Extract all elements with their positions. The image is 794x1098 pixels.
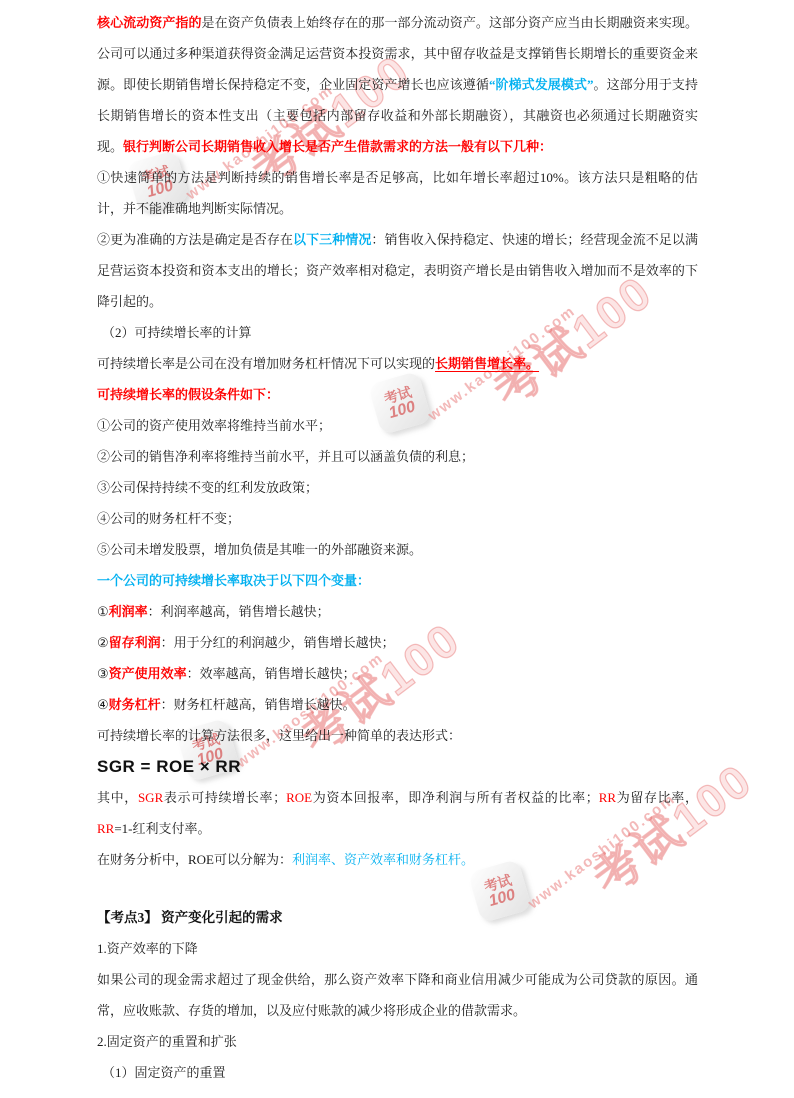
paragraph-roe-decomposition: 在财务分析中，ROE可以分解为：利润率、资产效率和财务杠杆。	[97, 844, 698, 875]
emphasis-red-term: 核心流动资产指的	[97, 15, 202, 30]
text-segment: ⑤公司未增发股票，增加负债是其唯一的外部融资来源。	[97, 542, 422, 557]
text-segment: ②	[97, 635, 109, 650]
emphasis-red-term: 可持续增长率的假设条件如下：	[97, 387, 279, 402]
emphasis-red-term: 留存利润	[109, 635, 161, 650]
text-segment: ①	[97, 604, 109, 619]
subsection-title-fixed-assets: 2.固定资产的重置和扩张	[97, 1026, 698, 1057]
list-item-variable-3: ③资产使用效率：效率越高，销售增长越快；	[97, 658, 698, 689]
text-segment: 在财务分析中，ROE可以分解为：	[97, 852, 292, 867]
term-rr: RR	[599, 790, 616, 805]
text-segment: 为留存比率，	[616, 790, 698, 805]
text-segment: （1）固定资产的重置	[102, 1065, 226, 1080]
text-segment: ④	[97, 697, 109, 712]
text-segment: （2）可持续增长率的计算	[102, 325, 252, 340]
text-segment: ①公司的资产使用效率将维持当前水平；	[97, 418, 331, 433]
list-item-variable-1: ①利润率：利润率越高，销售增长越快；	[97, 596, 698, 627]
list-item-assumption-2: ②公司的销售净利率将维持当前水平，并且可以涵盖负债的利息；	[97, 441, 698, 472]
paragraph-formula-explanation: 其中，SGR表示可持续增长率；ROE为资本回报率，即净利润与所有者权益的比率；R…	[97, 782, 698, 844]
paragraph-method-2: ②更为准确的方法是确定是否存在以下三种情况：销售收入保持稳定、快速的增长；经营现…	[97, 224, 698, 317]
text-segment: 为资本回报率，即净利润与所有者权益的比率；	[312, 790, 599, 805]
text-segment: ①快速简单的方法是判断持续的销售增长率是否足够高，比如年增长率超过10%。该方法…	[97, 170, 698, 216]
list-item-variable-2: ②留存利润：用于分红的利润越少，销售增长越快；	[97, 627, 698, 658]
subsection-title-asset-efficiency: 1.资产效率的下降	[97, 933, 698, 964]
emphasis-blue-term: 利润率、资产效率和财务杠杆。	[292, 852, 474, 867]
text-segment: ：用于分红的利润越少，销售增长越快；	[161, 635, 395, 650]
emphasis-blue-term: 一个公司的可持续增长率取决于以下四个变量：	[97, 573, 370, 588]
paragraph-formula-intro: 可持续增长率的计算方法很多，这里给出一种简单的表达形式：	[97, 720, 698, 751]
text-segment: ②更为准确的方法是确定是否存在	[97, 232, 293, 247]
list-item-assumption-1: ①公司的资产使用效率将维持当前水平；	[97, 410, 698, 441]
paragraph-method-1: ①快速简单的方法是判断持续的销售增长率是否足够高，比如年增长率超过10%。该方法…	[97, 162, 698, 224]
text-segment: ②公司的销售净利率将维持当前水平，并且可以涵盖负债的利息；	[97, 449, 474, 464]
text-segment: ：效率越高，销售增长越快；	[187, 666, 356, 681]
paragraph-asset-efficiency-body: 如果公司的现金需求超过了现金供给，那么资产效率下降和商业信用减少可能成为公司贷款…	[97, 964, 698, 1026]
text-segment: ③	[97, 666, 109, 681]
text-segment: 可持续增长率的计算方法很多，这里给出一种简单的表达形式：	[97, 728, 461, 743]
document-page: { "page": {"background": "#ffffff"}, "co…	[0, 0, 794, 1098]
text-segment: 其中，	[97, 790, 138, 805]
text-segment: 如果公司的现金需求超过了现金供给，那么资产效率下降和商业信用减少可能成为公司贷款…	[97, 972, 698, 1018]
paragraph-sgr-definition: 可持续增长率是公司在没有增加财务杠杆情况下可以实现的长期销售增长率。	[97, 348, 698, 379]
term-sgr: SGR	[138, 790, 163, 805]
text-segment: ：财务杠杆越高，销售增长越快。	[161, 697, 356, 712]
text-segment: =1-红利支付率。	[114, 821, 210, 836]
text-segment: ③公司保持持续不变的红利发放政策；	[97, 480, 318, 495]
term-roe: ROE	[286, 790, 312, 805]
paragraph-four-variables-title: 一个公司的可持续增长率取决于以下四个变量：	[97, 565, 698, 596]
section-heading-kaodian3: 【考点3】 资产变化引起的需求	[97, 902, 698, 933]
subsection-title-fixed-asset-replacement: （1）固定资产的重置	[97, 1057, 698, 1088]
text-segment: 1.资产效率的下降	[97, 941, 198, 956]
emphasis-blue-term: 以下三种情况	[293, 232, 371, 247]
text-segment: 表示可持续增长率；	[163, 790, 286, 805]
emphasis-blue-term: “阶梯式发展模式”	[489, 77, 594, 92]
subsection-title-sgr-calc: （2）可持续增长率的计算	[97, 317, 698, 348]
section-gap	[97, 875, 698, 902]
text-segment: ：利润率越高，销售增长越快；	[148, 604, 330, 619]
formula-sgr: SGR = ROE × RR	[97, 751, 698, 782]
emphasis-red-term: 利润率	[109, 604, 148, 619]
document-body: 核心流动资产指的是在资产负债表上始终存在的那一部分流动资产。这部分资产应当由长期…	[97, 7, 698, 1088]
list-item-assumption-3: ③公司保持持续不变的红利发放政策；	[97, 472, 698, 503]
paragraph-core-current-assets: 核心流动资产指的是在资产负债表上始终存在的那一部分流动资产。这部分资产应当由长期…	[97, 7, 698, 162]
emphasis-red-term: 资产使用效率	[109, 666, 187, 681]
list-item-assumption-5: ⑤公司未增发股票，增加负债是其唯一的外部融资来源。	[97, 534, 698, 565]
list-item-variable-4: ④财务杠杆：财务杠杆越高，销售增长越快。	[97, 689, 698, 720]
text-segment: ④公司的财务杠杆不变；	[97, 511, 240, 526]
emphasis-red-term: 银行判断公司长期销售收入增长是否产生借款需求的方法一般有以下几种：	[123, 139, 552, 154]
list-item-assumption-4: ④公司的财务杠杆不变；	[97, 503, 698, 534]
text-segment: 2.固定资产的重置和扩张	[97, 1034, 237, 1049]
emphasis-red-term: 财务杠杆	[109, 697, 161, 712]
emphasis-red-underline-term: 长期销售增长率。	[435, 356, 539, 371]
paragraph-sgr-assumptions-title: 可持续增长率的假设条件如下：	[97, 379, 698, 410]
text-segment: 可持续增长率是公司在没有增加财务杠杆情况下可以实现的	[97, 356, 435, 371]
term-rr: RR	[97, 821, 114, 836]
